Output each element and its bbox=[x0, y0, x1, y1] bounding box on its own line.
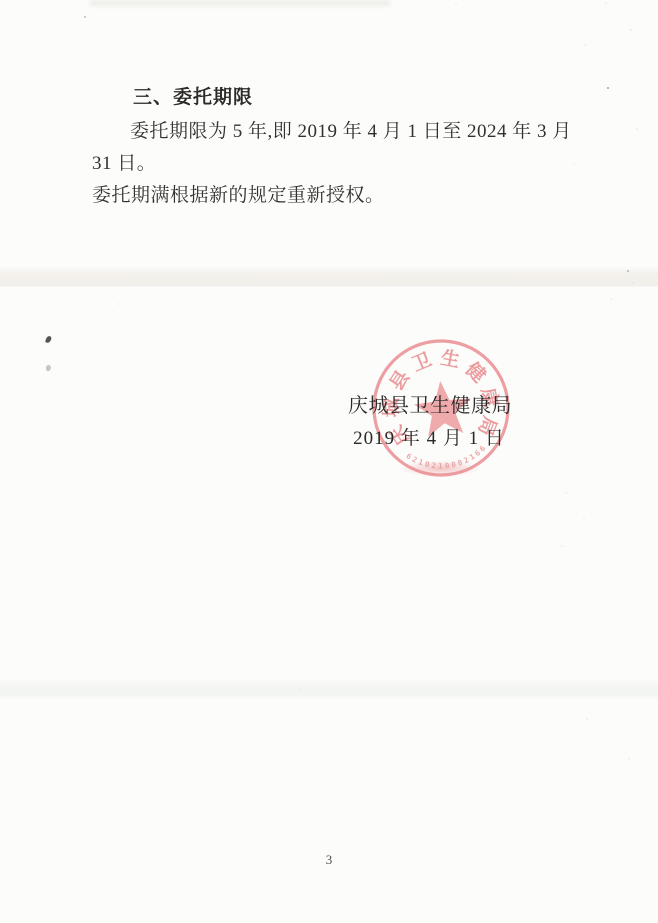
svg-text:卫: 卫 bbox=[409, 349, 435, 377]
scan-artifact-band bbox=[90, 0, 390, 6]
svg-text:生: 生 bbox=[439, 346, 462, 372]
scan-artifact-band bbox=[0, 678, 658, 700]
svg-text:健: 健 bbox=[460, 357, 490, 387]
scan-speck bbox=[45, 335, 52, 343]
signature-agency: 庆城县卫生健康局 bbox=[348, 389, 512, 418]
section-heading: 三、委托期限 bbox=[133, 84, 253, 112]
svg-text:0: 0 bbox=[424, 459, 431, 469]
document-page: 三、委托期限 委托期限为 5 年,即 2019 年 4 月 1 日至 2024 … bbox=[0, 0, 658, 923]
svg-text:0: 0 bbox=[444, 461, 450, 470]
body-line: 委托期限为 5 年,即 2019 年 4 月 1 日至 2024 年 3 月 3… bbox=[92, 116, 594, 180]
scan-specks bbox=[0, 0, 2, 2]
body-paragraph: 委托期限为 5 年,即 2019 年 4 月 1 日至 2024 年 3 月 3… bbox=[92, 116, 594, 212]
svg-text:2: 2 bbox=[431, 461, 437, 470]
scan-artifact-band bbox=[0, 266, 658, 287]
svg-text:1: 1 bbox=[438, 461, 443, 470]
body-line: 委托期满根据新的规定重新授权。 bbox=[92, 180, 594, 212]
signature-date: 2019 年 4 月 1 日 bbox=[353, 423, 505, 450]
page-number: 3 bbox=[0, 852, 658, 868]
scan-speck bbox=[46, 365, 52, 372]
